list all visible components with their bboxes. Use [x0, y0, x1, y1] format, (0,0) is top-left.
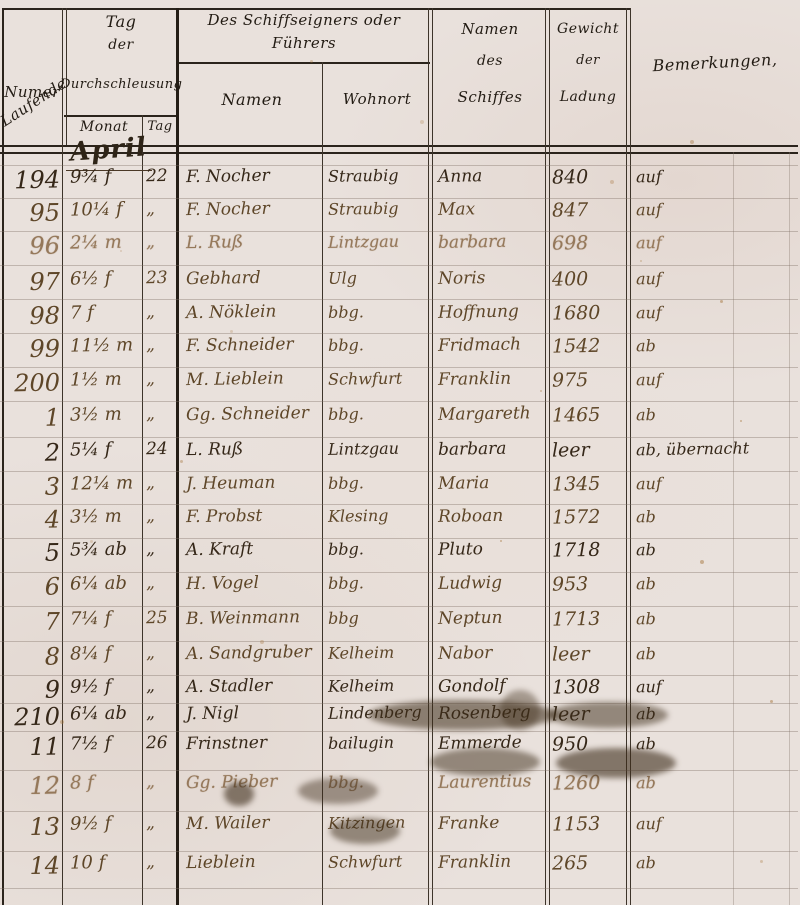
cell-cargo-weight: 1345 [552, 472, 624, 495]
cell-cargo-weight: 1713 [552, 607, 624, 630]
cell-ship-name: Ludwig [438, 572, 544, 594]
paper-ruled-line [0, 299, 798, 300]
cell-cargo-weight: 953 [552, 572, 624, 595]
cell-remark: auf [636, 812, 794, 834]
cell-time-of-day: 10¼ f [70, 198, 140, 220]
cell-remark: auf [636, 301, 794, 323]
paper-ruled-line [0, 231, 798, 232]
cell-day: 22 [146, 166, 176, 187]
cell-remark: ab [636, 403, 794, 425]
table-top-border [2, 8, 630, 10]
ledger-row: 7 7¼ f 25 B. Weinmann bbg Neptun 1713 ab [0, 608, 800, 641]
cell-day: „ [146, 813, 176, 834]
paper-ruled-line [0, 770, 798, 771]
header-weight-line2: der [550, 54, 626, 68]
header-subcol-name: Namen [182, 92, 322, 109]
paper-speckle [690, 140, 694, 144]
cell-residence: Lindenberg [328, 702, 428, 723]
cell-day: 23 [146, 268, 176, 289]
header-date-title3: Durchschleusung [60, 78, 182, 92]
ledger-row: 200 1½ m „ M. Lieblein Schwfurt Franklin… [0, 369, 800, 402]
cell-time-of-day: 7 f [70, 301, 140, 323]
cell-day: 25 [146, 608, 176, 629]
cell-running-number: 1 [6, 404, 60, 433]
owner-subheader-divider [178, 62, 430, 64]
cell-remark: auf [636, 165, 794, 187]
paper-ruled-line [0, 471, 798, 472]
cell-residence: bbg. [328, 572, 428, 593]
ledger-row: 13 9½ f „ M. Wailer Kitzingen Franke 115… [0, 813, 800, 846]
cell-cargo-weight: 1542 [552, 334, 624, 357]
cell-time-of-day: 11½ m [70, 334, 140, 356]
header-subcol-day: Tag [144, 120, 176, 134]
ledger-row: 4 3½ m „ F. Probst Klesing Roboan 1572 a… [0, 506, 800, 539]
cell-ship-name: Rosenberg [438, 702, 544, 724]
cell-day: 24 [146, 439, 176, 460]
cell-remark: ab [636, 334, 794, 356]
cell-running-number: 5 [6, 539, 60, 568]
ledger-row: 95 10¼ f „ F. Nocher Straubig Max 847 au… [0, 199, 800, 232]
cell-remark: ab [636, 538, 794, 560]
cell-ship-name: Max [438, 198, 544, 220]
cell-cargo-weight: 1308 [552, 675, 624, 698]
cell-owner-name: L. Ruß [186, 438, 322, 460]
cell-time-of-day: 3½ m [70, 403, 140, 425]
cell-time-of-day: 12¼ m [70, 472, 140, 494]
cell-owner-name: A. Sandgruber [186, 642, 322, 664]
cell-cargo-weight: 1260 [552, 771, 624, 794]
cell-day: „ [146, 506, 176, 527]
cell-running-number: 210 [6, 703, 60, 732]
cell-day: „ [146, 369, 176, 390]
cell-day: „ [146, 199, 176, 220]
cell-residence: Lintzgau [328, 438, 428, 459]
header-owner-title2: Führers [182, 36, 426, 52]
cell-time-of-day: 8 f [70, 771, 140, 793]
cell-time-of-day: 9½ f [70, 675, 140, 697]
cell-cargo-weight: 400 [552, 267, 624, 290]
cell-owner-name: J. Heuman [186, 472, 322, 494]
paper-ruled-line [0, 165, 798, 166]
cell-ship-name: Margareth [438, 403, 544, 425]
cell-running-number: 96 [6, 232, 60, 261]
cell-time-of-day: 6½ f [70, 267, 140, 289]
cell-residence: bbg. [328, 403, 428, 424]
cell-residence: bbg [328, 607, 428, 628]
header-owner-title1: Des Schiffseigners oder [182, 13, 426, 29]
cell-time-of-day: 9½ f [70, 812, 140, 834]
cell-remark: ab [636, 771, 794, 793]
cell-remark: auf [636, 231, 794, 253]
ledger-page: Laufende Numer Tag der Durchschleusung M… [0, 0, 800, 905]
header-subcol-residence: Wohnort [326, 92, 428, 108]
cell-remark: ab [636, 851, 794, 873]
cell-owner-name: A. Kraft [186, 538, 322, 560]
paper-ruled-line [0, 703, 798, 704]
cell-time-of-day: 7½ f [70, 732, 140, 754]
cell-cargo-weight: leer [552, 438, 624, 461]
header-weight-line1: Gewicht [550, 22, 626, 37]
cell-residence: Schwfurt [328, 851, 428, 872]
cell-owner-name: A. Nöklein [186, 301, 322, 323]
cell-cargo-weight: 1572 [552, 505, 624, 528]
ledger-row: 11 7½ f 26 Frinstner bailugin Emmerde 95… [0, 733, 800, 766]
cell-running-number: 14 [6, 852, 60, 881]
cell-owner-name: F. Schneider [186, 334, 322, 356]
ledger-row: 96 2¼ m „ L. Ruß Lintzgau barbara 698 au… [0, 232, 800, 265]
cell-time-of-day: 8¼ f [70, 642, 140, 664]
cell-owner-name: L. Ruß [186, 231, 322, 253]
cell-remark: ab [636, 572, 794, 594]
cell-cargo-weight: 698 [552, 231, 624, 254]
cell-remark: ab [636, 505, 794, 527]
cell-cargo-weight: 840 [552, 165, 624, 188]
cell-cargo-weight: 265 [552, 851, 624, 874]
cell-running-number: 9 [6, 676, 60, 705]
cell-residence: Straubig [328, 198, 428, 219]
cell-day: „ [146, 573, 176, 594]
cell-day: „ [146, 772, 176, 793]
cell-residence: Kelheim [328, 675, 428, 696]
cell-owner-name: J. Nigl [186, 702, 322, 724]
cell-running-number: 98 [6, 302, 60, 331]
cell-running-number: 13 [6, 813, 60, 842]
ledger-row: 98 7 f „ A. Nöklein bbg. Hoffnung 1680 a… [0, 302, 800, 335]
cell-remark: ab [636, 607, 794, 629]
cell-ship-name: Noris [438, 267, 544, 289]
paper-ruled-line [0, 888, 798, 889]
cell-remark: auf [636, 198, 794, 220]
cell-owner-name: M. Lieblein [186, 368, 322, 390]
cell-cargo-weight: leer [552, 702, 624, 725]
cell-day: „ [146, 404, 176, 425]
ledger-row: 194 9¾ f 22 F. Nocher Straubig Anna 840 … [0, 166, 800, 199]
cell-ship-name: Fridmach [438, 334, 544, 356]
paper-ruled-line [0, 504, 798, 505]
paper-ruled-line [0, 265, 798, 266]
cell-owner-name: M. Wailer [186, 812, 322, 834]
cell-residence: Klesing [328, 505, 428, 526]
ledger-row: 97 6½ f 23 Gebhard Ulg Noris 400 auf [0, 268, 800, 301]
cell-cargo-weight: 1465 [552, 403, 624, 426]
cell-ship-name: Franklin [438, 851, 544, 873]
cell-owner-name: Gg. Schneider [186, 403, 322, 425]
cell-day: „ [146, 676, 176, 697]
header-ship-line1: Namen [436, 22, 544, 38]
cell-ship-name: Roboan [438, 505, 544, 527]
cell-ship-name: Neptun [438, 607, 544, 629]
ledger-row: 2 5¼ f 24 L. Ruß Lintzgau barbara leer a… [0, 439, 800, 472]
cell-owner-name: F. Nocher [186, 165, 322, 187]
cell-cargo-weight: 1153 [552, 812, 624, 835]
cell-cargo-weight: 847 [552, 198, 624, 221]
cell-ship-name: Emmerde [438, 732, 544, 754]
cell-owner-name: F. Nocher [186, 198, 322, 220]
cell-residence: bbg. [328, 771, 428, 792]
cell-residence: bbg. [328, 301, 428, 322]
ledger-row: 6 6¼ ab „ H. Vogel bbg. Ludwig 953 ab [0, 573, 800, 606]
cell-day: 26 [146, 733, 176, 754]
ledger-row: 12 8 f „ Gg. Pieber bbg. Laurentius 1260… [0, 772, 800, 805]
paper-ruled-line [0, 401, 798, 402]
cell-time-of-day: 3½ m [70, 505, 140, 527]
cell-running-number: 95 [6, 199, 60, 228]
paper-ruled-line [0, 538, 798, 539]
cell-remark: auf [636, 267, 794, 289]
cell-day: „ [146, 302, 176, 323]
ledger-row: 14 10 f „ Lieblein Schwfurt Franklin 265… [0, 852, 800, 885]
cell-cargo-weight: 975 [552, 368, 624, 391]
cell-owner-name: Gg. Pieber [186, 771, 322, 793]
ledger-row: 8 8¼ f „ A. Sandgruber Kelheim Nabor lee… [0, 643, 800, 676]
cell-time-of-day: 6¼ ab [70, 702, 140, 724]
paper-ruled-line [0, 367, 798, 368]
paper-ruled-line [0, 333, 798, 334]
cell-running-number: 6 [6, 573, 60, 602]
cell-day: „ [146, 335, 176, 356]
header-date-title1: Tag [66, 14, 176, 31]
cell-time-of-day: 7¼ f [70, 607, 140, 629]
header-remarks: Bemerkungen, [636, 51, 795, 76]
cell-running-number: 2 [6, 439, 60, 468]
cell-remark: ab [636, 702, 794, 724]
cell-ship-name: Anna [438, 165, 544, 187]
cell-running-number: 194 [6, 166, 60, 195]
cell-ship-name: Pluto [438, 538, 544, 560]
cell-running-number: 7 [6, 608, 60, 637]
cell-owner-name: A. Stadler [186, 675, 322, 697]
cell-ship-name: barbara [438, 438, 544, 460]
header-ship-line2: des [436, 54, 544, 69]
paper-ruled-line [0, 731, 798, 732]
cell-ship-name: Franklin [438, 368, 544, 390]
paper-ruled-line [0, 198, 798, 199]
cell-residence: Lintzgau [328, 231, 428, 252]
cell-ship-name: Maria [438, 472, 544, 494]
cell-residence: Kitzingen [328, 812, 428, 833]
cell-time-of-day: 2¼ m [70, 231, 140, 253]
cell-day: „ [146, 852, 176, 873]
cell-residence: bailugin [328, 732, 428, 753]
cell-day: „ [146, 232, 176, 253]
cell-day: „ [146, 703, 176, 724]
cell-ship-name: Gondolf [438, 675, 544, 697]
cell-ship-name: Nabor [438, 642, 544, 664]
paper-ruled-line [0, 641, 798, 642]
month-annotation: April [69, 132, 148, 167]
date-subheader-divider [64, 115, 177, 117]
paper-ruled-line [0, 675, 798, 676]
paper-ruled-line [0, 851, 798, 852]
cell-remark: ab [636, 732, 794, 754]
cell-remark: auf [636, 368, 794, 390]
cell-day: „ [146, 643, 176, 664]
cell-ship-name: barbara [438, 231, 544, 253]
cell-owner-name: F. Probst [186, 505, 322, 527]
cell-owner-name: H. Vogel [186, 572, 322, 594]
cell-time-of-day: 1½ m [70, 368, 140, 390]
cell-cargo-weight: 1680 [552, 301, 624, 324]
cell-remark: auf [636, 472, 794, 494]
cell-running-number: 99 [6, 335, 60, 364]
cell-residence: Schwfurt [328, 368, 428, 389]
cell-owner-name: Gebhard [186, 267, 322, 289]
cell-owner-name: Lieblein [186, 851, 322, 873]
cell-residence: Ulg [328, 267, 428, 288]
paper-speckle [420, 120, 424, 124]
paper-ruled-line [0, 437, 798, 438]
cell-residence: bbg. [328, 538, 428, 559]
header-ship-line3: Schiffes [436, 90, 544, 106]
cell-time-of-day: 9¾ f [70, 165, 140, 187]
cell-day: „ [146, 539, 176, 560]
ledger-row: 5 5¾ ab „ A. Kraft bbg. Pluto 1718 ab [0, 539, 800, 572]
cell-time-of-day: 10 f [70, 851, 140, 873]
cell-time-of-day: 5¾ ab [70, 538, 140, 560]
cell-cargo-weight: 1718 [552, 538, 624, 561]
cell-owner-name: B. Weinmann [186, 607, 322, 629]
cell-residence: Kelheim [328, 642, 428, 663]
cell-remark: ab [636, 642, 794, 664]
cell-running-number: 200 [6, 369, 60, 398]
cell-cargo-weight: leer [552, 642, 624, 665]
cell-running-number: 11 [6, 733, 60, 762]
cell-ship-name: Hoffnung [438, 301, 544, 323]
paper-ruled-line [0, 606, 798, 607]
cell-residence: Straubig [328, 165, 428, 186]
cell-owner-name: Frinstner [186, 732, 322, 754]
cell-day: „ [146, 473, 176, 494]
header-weight-line3: Ladung [550, 90, 626, 105]
header-date-title2: der [66, 38, 176, 53]
cell-remark: ab, übernacht [636, 438, 794, 460]
cell-ship-name: Franke [438, 812, 544, 834]
cell-time-of-day: 6¼ ab [70, 572, 140, 594]
cell-cargo-weight: 950 [552, 732, 624, 755]
paper-ruled-line [0, 572, 798, 573]
ledger-row: 1 3½ m „ Gg. Schneider bbg. Margareth 14… [0, 404, 800, 437]
cell-residence: bbg. [328, 472, 428, 493]
cell-running-number: 97 [6, 268, 60, 297]
cell-residence: bbg. [328, 334, 428, 355]
cell-running-number: 12 [6, 772, 60, 801]
cell-time-of-day: 5¼ f [70, 438, 140, 460]
cell-running-number: 8 [6, 643, 60, 672]
ledger-row: 99 11½ m „ F. Schneider bbg. Fridmach 15… [0, 335, 800, 368]
cell-ship-name: Laurentius [438, 771, 544, 793]
header-number-line2: Numer [2, 85, 62, 101]
cell-running-number: 4 [6, 506, 60, 535]
cell-remark: auf [636, 675, 794, 697]
cell-running-number: 3 [6, 473, 60, 502]
paper-ruled-line [0, 811, 798, 812]
ledger-row: 3 12¼ m „ J. Heuman bbg. Maria 1345 auf [0, 473, 800, 506]
